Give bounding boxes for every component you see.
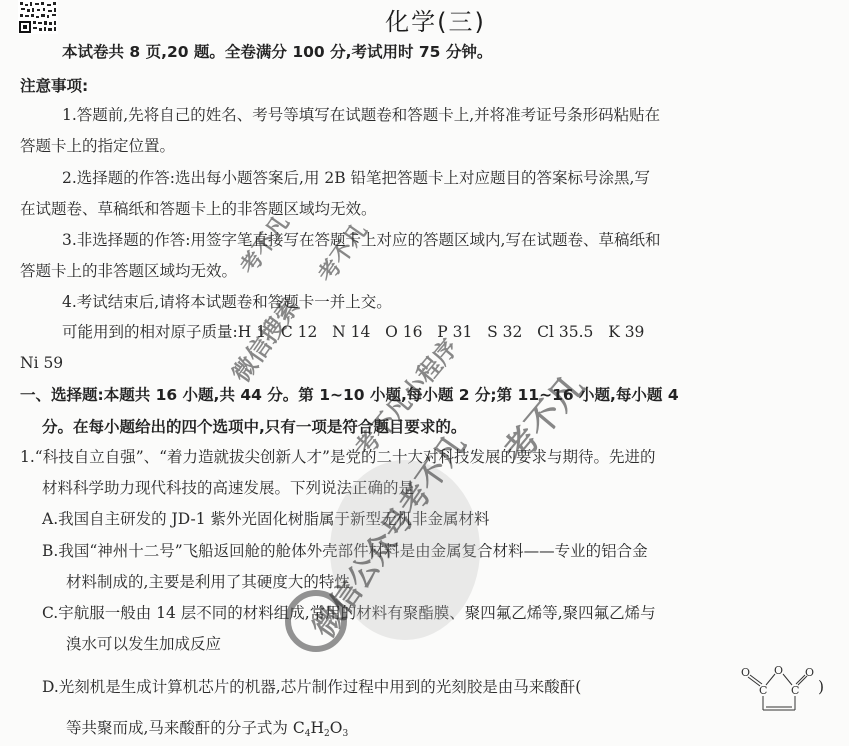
notice-item-2-line1: 2.选择题的作答:选出每小题答案后,用 2B 铅笔把答题卡上对应题目的答案标号涂… [62,168,650,188]
maleic-anhydride-structure-icon: O O O C C [739,664,817,716]
formula-o: O [330,719,343,737]
notice-item-2-line2: 在试题卷、草稿纸和答题卡上的非答题区域均无效。 [20,199,377,219]
svg-text:C: C [759,684,767,697]
atomic-masses: 可能用到的相对原子质量:H 1 C 12 N 14 O 16 P 31 S 32… [62,322,644,342]
notice-item-1-line2: 答题卡上的指定位置。 [20,136,175,156]
formula-o-subscript: 3 [342,729,348,739]
exam-page: 化学(三) 本试卷共 8 页,20 题。全卷满分 100 分,考试用时 75 分… [0,0,849,746]
notice-item-4: 4.考试结束后,请将本试题卷和答题卡一并上交。 [62,292,392,312]
option-b-line2: 材料制成的,主要是利用了其硬度大的特性 [66,572,350,592]
option-d-close-paren: ) [818,677,824,697]
atomic-masses-wrap: Ni 59 [20,353,63,373]
watermark-text: 考不凡 [310,216,373,288]
option-c-line2: 溴水可以发生加成反应 [66,634,221,654]
watermark-circle-icon [285,590,347,652]
option-d-line1: D.光刻机是生成计算机芯片的机器,芯片制作过程中用到的光刻胶是由马来酸酐( [42,677,581,697]
svg-text:C: C [791,684,799,697]
atomic-masses-values: H 1 C 12 N 14 O 16 P 31 S 32 Cl 35.5 K 3… [238,323,645,341]
notice-heading: 注意事项: [20,76,88,96]
exam-title: 化学(三) [0,2,849,37]
notice-item-3-line2: 答题卡上的非答题区域均无效。 [20,261,237,281]
option-d-line2-text: 等共聚而成,马来酸酐的分子式为 C [66,719,305,737]
watermark-logo-icon [330,460,480,640]
exam-intro: 本试卷共 8 页,20 题。全卷满分 100 分,考试用时 75 分钟。 [62,42,492,62]
svg-text:O: O [774,664,783,677]
section1-header-line1: 一、选择题:本题共 16 小题,共 44 分。第 1~10 小题,每小题 2 分… [20,385,679,405]
notice-item-3-line1: 3.非选择题的作答:用签字笔直接写在答题卡上对应的答题区域内,写在试题卷、草稿纸… [62,230,660,250]
atomic-masses-label: 可能用到的相对原子质量: [62,323,238,341]
option-d-line2: 等共聚而成,马来酸酐的分子式为 C4H2O3 [66,718,348,744]
formula-h: H [310,719,324,737]
notice-item-1-line1: 1.答题前,先将自己的姓名、考号等填写在试题卷和答题卡上,并将准考证号条形码粘贴… [62,105,660,125]
question1-stem-line1: 1.“科技自立自强”、“着力造就拔尖创新人才”是党的二十大对科技发展的要求与期待… [20,447,656,467]
section1-header-line2: 分。在每小题给出的四个选项中,只有一项是符合题目要求的。 [42,417,466,437]
